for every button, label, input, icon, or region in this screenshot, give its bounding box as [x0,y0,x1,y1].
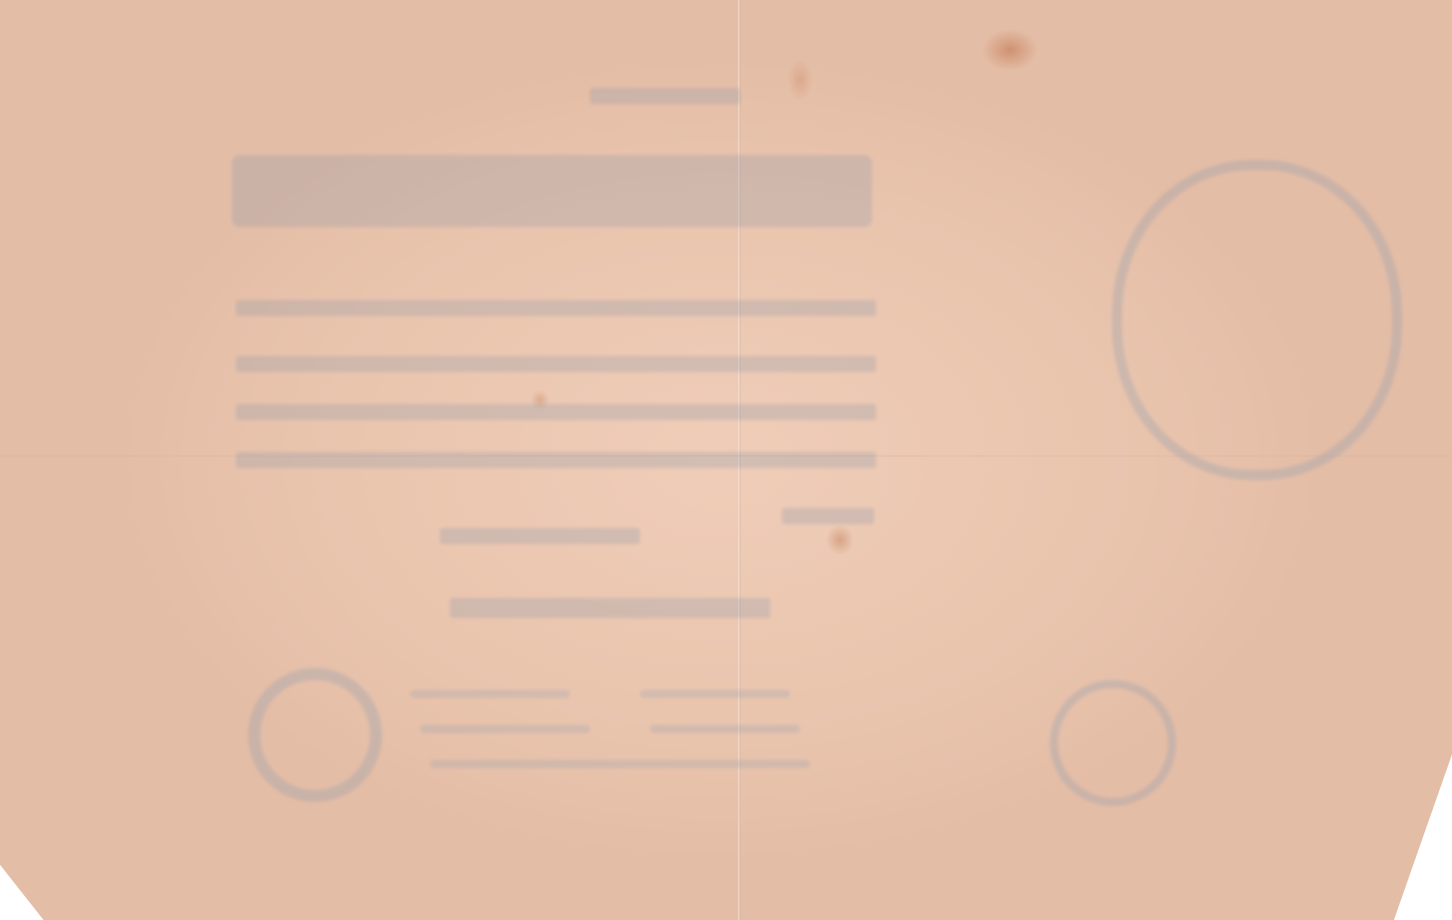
mirrored-denomination-text [232,155,872,227]
mirrored-stamp-left [248,668,382,802]
mirrored-signature [420,725,590,733]
mirrored-text-line [236,404,876,420]
mirrored-text-line [236,300,876,316]
mirrored-date-line [440,528,640,544]
banknote-paper [0,0,1452,920]
mirrored-signature [430,760,810,768]
mirrored-signature [410,690,570,698]
mirrored-signature [640,690,790,698]
mirrored-text-line [236,452,876,468]
mirrored-header-text [590,88,740,104]
mirrored-text-line [782,508,874,524]
mirrored-text-line [236,356,876,372]
mirrored-ornament-seal [1112,160,1402,480]
mirrored-issuer-line [450,598,770,618]
mirrored-stamp-right [1050,680,1176,806]
mirrored-signature [650,725,800,733]
